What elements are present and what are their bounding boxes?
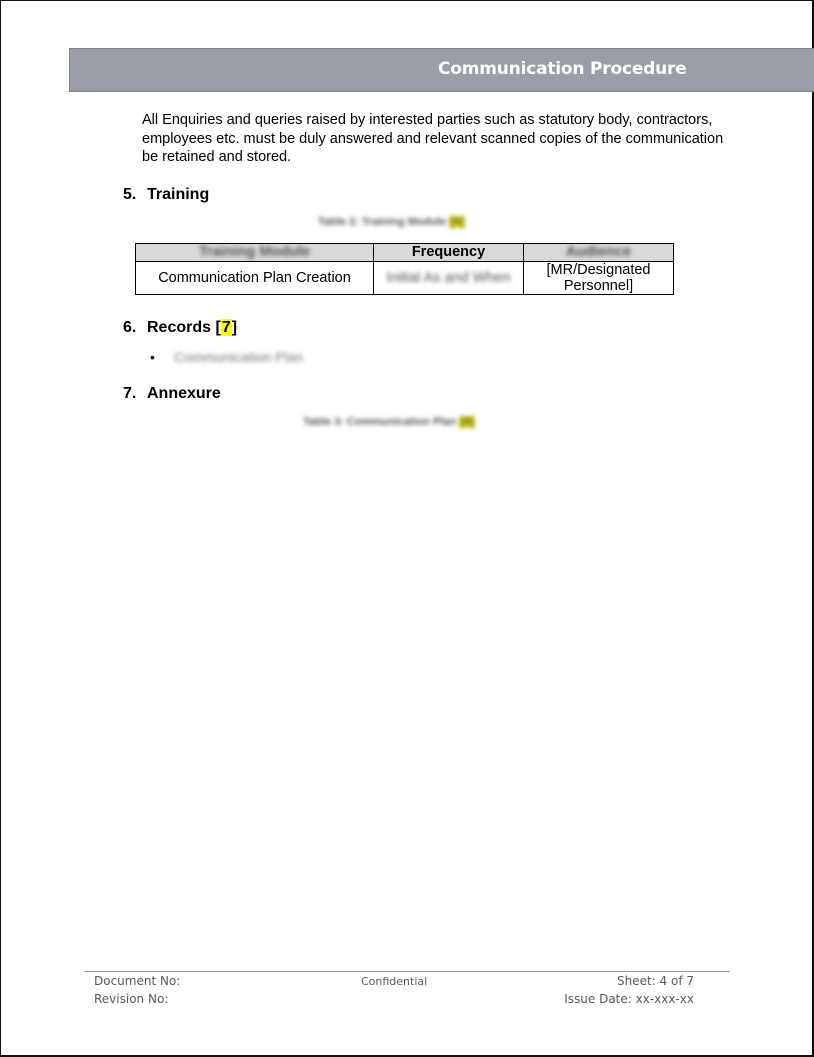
header-training-module: Training Module bbox=[136, 244, 374, 262]
caption-text: Table 3: Communication Plan bbox=[303, 416, 456, 428]
footer-confidential: Confidential bbox=[361, 975, 427, 988]
document-title: Communication Procedure bbox=[438, 59, 687, 79]
annexure-table-caption: Table 3: Communication Plan [8] bbox=[303, 416, 475, 428]
header-text: Audience bbox=[566, 244, 631, 260]
section-heading-records: 6.Records [7] bbox=[123, 319, 237, 337]
footer-divider bbox=[84, 971, 730, 972]
list-item-text: Communication Plan bbox=[174, 349, 303, 365]
header-text: Training Module bbox=[199, 244, 310, 260]
table-header-row: Training Module Frequency Audience bbox=[136, 244, 674, 262]
cell-training-module: Communication Plan Creation bbox=[136, 262, 374, 295]
caption-ref: [5] bbox=[449, 216, 464, 228]
training-table-caption: Table 2: Training Module [5] bbox=[318, 216, 465, 228]
section-title: Annexure bbox=[147, 385, 221, 402]
table-row: Communication Plan Creation Initial As a… bbox=[136, 262, 674, 295]
footer-document-no: Document No: bbox=[94, 974, 180, 988]
section-title: Records bbox=[147, 319, 211, 336]
records-ref: 7 bbox=[221, 319, 232, 336]
training-table: Training Module Frequency Audience Commu… bbox=[135, 243, 674, 295]
section-heading-training: 5.Training bbox=[123, 186, 209, 204]
section-number: 6. bbox=[123, 319, 147, 337]
bullet-icon: • bbox=[150, 349, 174, 365]
body-paragraph: All Enquiries and queries raised by inte… bbox=[142, 111, 732, 167]
cell-text: Initial As and When bbox=[386, 270, 510, 286]
caption-text: Table 2: Training Module bbox=[318, 216, 446, 228]
header-frequency: Frequency bbox=[374, 244, 524, 262]
list-item: •Communication Plan bbox=[150, 349, 303, 365]
header-audience: Audience bbox=[524, 244, 674, 262]
footer-revision-no: Revision No: bbox=[94, 992, 168, 1006]
section-number: 5. bbox=[123, 186, 147, 204]
cell-frequency: Initial As and When bbox=[374, 262, 524, 295]
footer-issue-date: Issue Date: xx-xxx-xx bbox=[564, 992, 694, 1006]
section-title: Training bbox=[147, 186, 209, 203]
cell-audience: [MR/Designated Personnel] bbox=[524, 262, 674, 295]
footer-sheet: Sheet: 4 of 7 bbox=[617, 974, 694, 988]
section-number: 7. bbox=[123, 385, 147, 403]
ref-bracket: [ bbox=[215, 319, 220, 336]
ref-bracket: ] bbox=[232, 319, 237, 336]
caption-ref: [8] bbox=[459, 416, 474, 428]
section-heading-annexure: 7.Annexure bbox=[123, 385, 221, 403]
